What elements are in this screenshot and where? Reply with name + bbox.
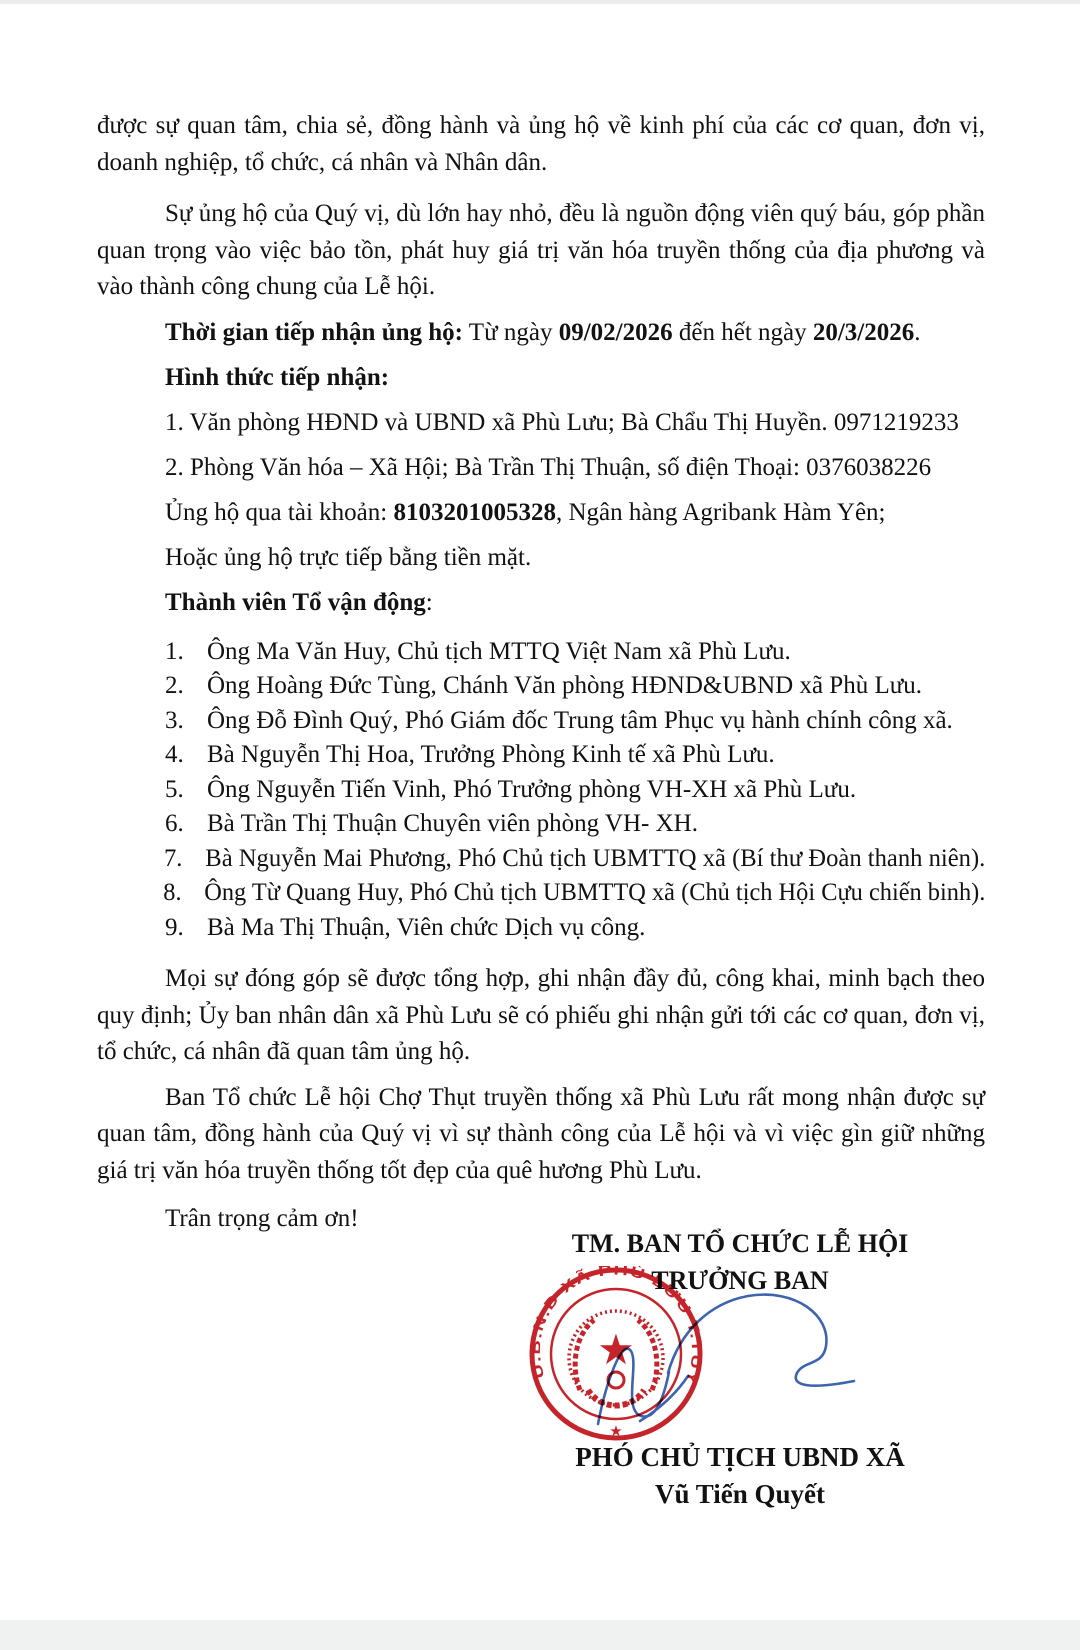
seal-emblem: ★ bbox=[569, 1311, 663, 1406]
member-row: 5.Ông Nguyễn Tiến Vinh, Phó Trưởng phòng… bbox=[97, 773, 985, 808]
cash-line: Hoặc ủng hộ trực tiếp bằng tiền mặt. bbox=[97, 540, 985, 576]
paragraph-support: Sự ủng hộ của Quý vị, dù lớn hay nhỏ, đề… bbox=[97, 196, 985, 306]
item-number: 1. bbox=[165, 409, 184, 436]
member-text: Bà Nguyễn Thị Hoa, Trưởng Phòng Kinh tế … bbox=[207, 741, 775, 768]
member-number: 3. bbox=[165, 704, 195, 739]
reception-item-2: 2. Phòng Văn hóa – Xã Hội; Bà Trần Thị T… bbox=[97, 450, 985, 486]
account-pre: Ủng hộ qua tài khoản: bbox=[165, 499, 393, 526]
committee-heading-text: Thành viên Tổ vận động bbox=[165, 589, 426, 616]
member-row: 3.Ông Đỗ Đình Quý, Phó Giám đốc Trung tâ… bbox=[97, 704, 985, 739]
member-number: 9. bbox=[165, 911, 195, 946]
member-text: Ông Đỗ Đình Quý, Phó Giám đốc Trung tâm … bbox=[207, 707, 953, 734]
item-number: 2. bbox=[165, 454, 184, 481]
member-number: 8. bbox=[163, 876, 192, 911]
paragraph-continuation: được sự quan tâm, chia sẻ, đồng hành và … bbox=[97, 108, 985, 181]
member-number: 2. bbox=[165, 669, 195, 704]
time-period: . bbox=[914, 319, 920, 346]
member-text: Bà Nguyễn Mai Phương, Phó Chủ tịch UBMTT… bbox=[205, 845, 985, 872]
member-row: 1.Ông Ma Văn Huy, Chủ tịch MTTQ Việt Nam… bbox=[97, 635, 985, 670]
member-number: 1. bbox=[165, 635, 195, 670]
time-line: Thời gian tiếp nhận ủng hộ: Từ ngày 09/0… bbox=[97, 315, 985, 351]
member-row: 2.Ông Hoàng Đức Tùng, Chánh Văn phòng HĐ… bbox=[97, 669, 985, 704]
committee-member-list: 1.Ông Ma Văn Huy, Chủ tịch MTTQ Việt Nam… bbox=[97, 635, 985, 946]
item-text: Văn phòng HĐND và UBND xã Phù Lưu; Bà Ch… bbox=[184, 409, 959, 436]
reception-heading-text: Hình thức tiếp nhận: bbox=[165, 364, 389, 391]
member-row: 7.Bà Nguyễn Mai Phương, Phó Chủ tịch UBM… bbox=[97, 842, 971, 877]
member-number: 6. bbox=[165, 807, 195, 842]
member-number: 5. bbox=[165, 773, 195, 808]
member-row: 6.Bà Trần Thị Thuận Chuyên viên phòng VH… bbox=[97, 807, 985, 842]
item-text: Phòng Văn hóa – Xã Hội; Bà Trần Thị Thuậ… bbox=[184, 454, 931, 481]
reception-section: Thời gian tiếp nhận ủng hộ: Từ ngày 09/0… bbox=[97, 315, 985, 621]
signer-name: Vũ Tiến Quyết bbox=[480, 1476, 1000, 1513]
time-between: đến hết ngày bbox=[673, 319, 813, 346]
paragraph-acknowledgement: Mọi sự đóng góp sẽ được tổng hợp, ghi nh… bbox=[97, 961, 985, 1071]
account-bank: , Ngân hàng Agribank Hàm Yên; bbox=[556, 499, 886, 526]
member-number: 7. bbox=[164, 842, 194, 877]
paragraph-appeal: Ban Tổ chức Lễ hội Chợ Thụt truyền thống… bbox=[97, 1080, 985, 1190]
emblem-star: ★ bbox=[597, 1326, 635, 1373]
closing-section: Mọi sự đóng góp sẽ được tổng hợp, ghi nh… bbox=[97, 961, 985, 1238]
member-text: Ông Ma Văn Huy, Chủ tịch MTTQ Việt Nam x… bbox=[207, 638, 791, 665]
member-number: 4. bbox=[165, 738, 195, 773]
member-row: 8.Ông Từ Quang Huy, Phó Chủ tịch UBMTTQ … bbox=[97, 876, 963, 911]
committee-heading: Thành viên Tổ vận động: bbox=[97, 585, 985, 621]
sign-org-line: TM. BAN TỔ CHỨC LỄ HỘI bbox=[480, 1225, 1000, 1262]
committee-heading-colon: : bbox=[426, 589, 433, 616]
date-end: 20/3/2026 bbox=[813, 319, 914, 346]
account-line: Ủng hộ qua tài khoản: 8103201005328, Ngâ… bbox=[97, 495, 985, 531]
member-text: Ông Nguyễn Tiến Vinh, Phó Trưởng phòng V… bbox=[207, 776, 856, 803]
time-pre: Từ ngày bbox=[463, 319, 559, 346]
member-text: Ông Hoàng Đức Tùng, Chánh Văn phòng HĐND… bbox=[207, 672, 922, 699]
account-number: 8103201005328 bbox=[393, 499, 556, 526]
member-text: Bà Trần Thị Thuận Chuyên viên phòng VH- … bbox=[207, 810, 698, 837]
official-red-seal: U.B.N.D XÃ PHÙ LƯU T.TUYÊN QUANG ★ ★ bbox=[528, 1266, 704, 1442]
reception-item-1: 1. Văn phòng HĐND và UBND xã Phù Lưu; Bà… bbox=[97, 405, 985, 441]
signer-title: PHÓ CHỦ TỊCH UBND XÃ bbox=[480, 1439, 1000, 1476]
date-start: 09/02/2026 bbox=[559, 319, 673, 346]
member-row: 4.Bà Nguyễn Thị Hoa, Trưởng Phòng Kinh t… bbox=[97, 738, 985, 773]
member-row: 9.Bà Ma Thị Thuận, Viên chức Dịch vụ côn… bbox=[97, 911, 985, 946]
member-text: Bà Ma Thị Thuận, Viên chức Dịch vụ công. bbox=[207, 914, 645, 941]
seal-bottom-star: ★ bbox=[609, 1423, 622, 1440]
time-label: Thời gian tiếp nhận ủng hộ: bbox=[165, 319, 463, 346]
reception-heading: Hình thức tiếp nhận: bbox=[97, 360, 985, 396]
viewer-bottom-edge bbox=[0, 1620, 1080, 1650]
member-text: Ông Từ Quang Huy, Phó Chủ tịch UBMTTQ xã… bbox=[204, 879, 985, 906]
